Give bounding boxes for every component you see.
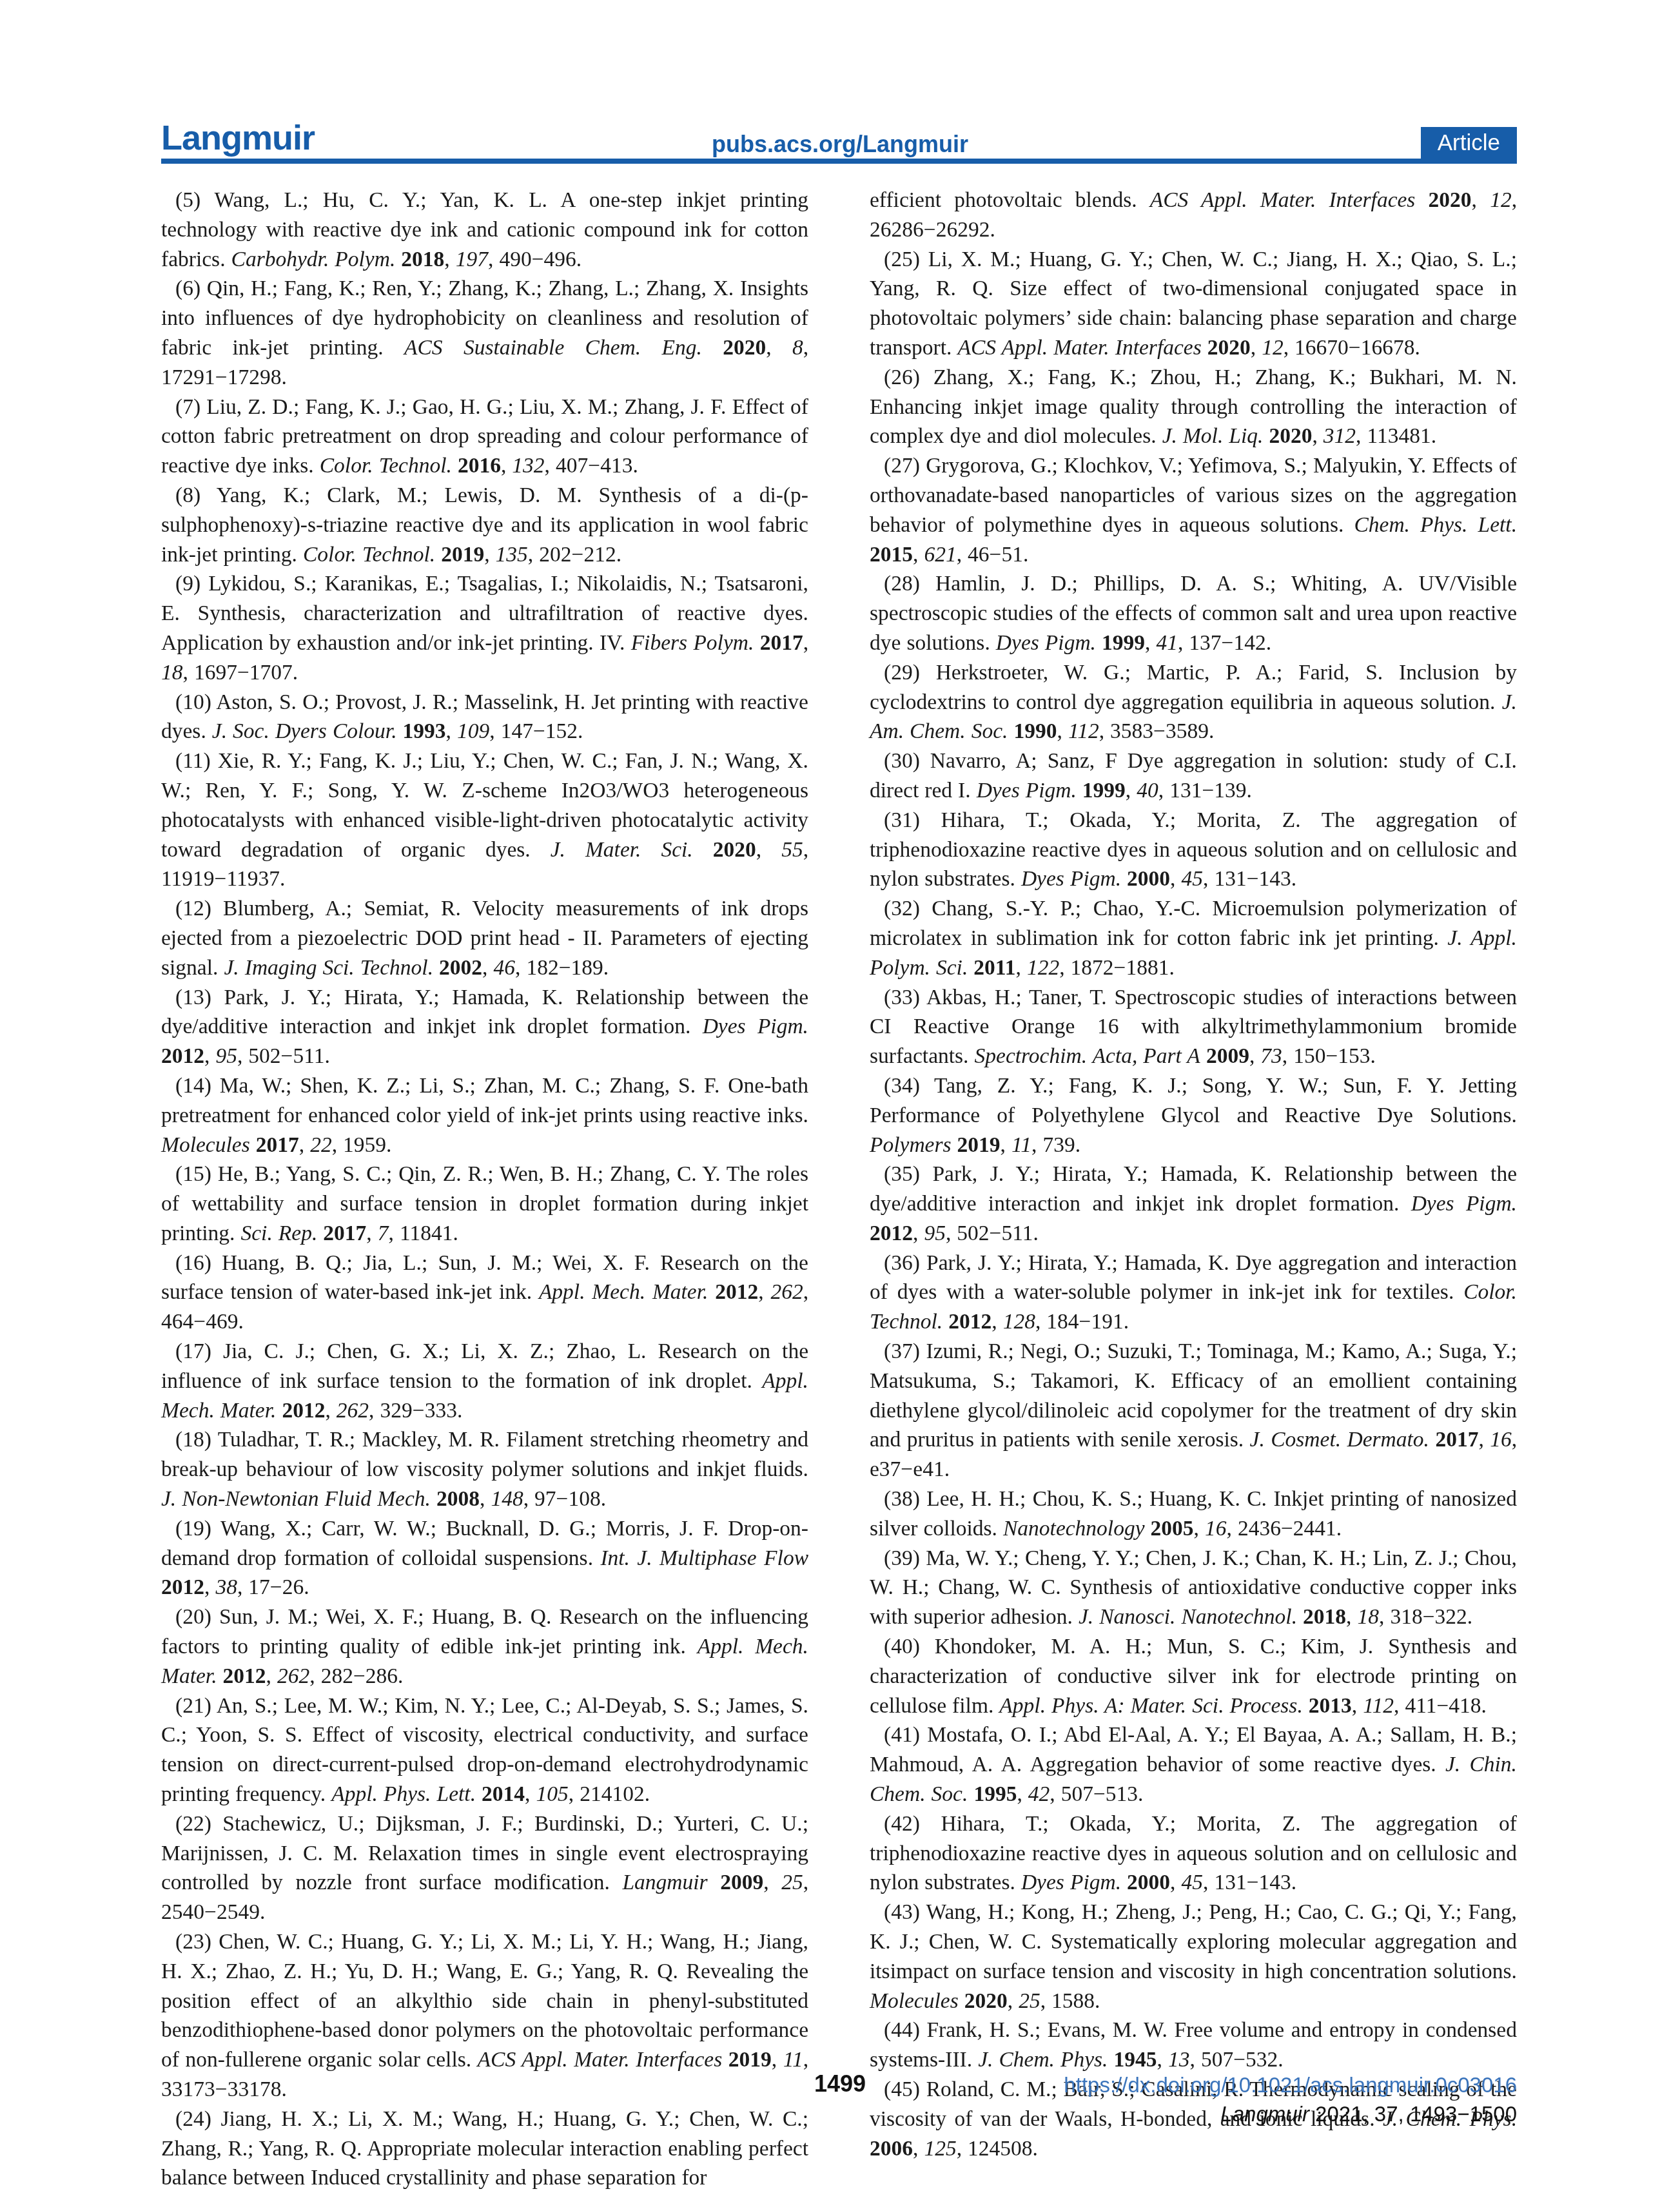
bold-text: 2012: [161, 1044, 204, 1068]
bold-text: 2012: [870, 1221, 913, 1245]
plain-text: , 11841.: [389, 1221, 458, 1245]
plain-text: ,: [1352, 1694, 1363, 1718]
plain-text: (29) Herkstroeter, W. G.; Martic, P. A.;…: [870, 661, 1517, 714]
bold-text: 2015: [870, 543, 913, 567]
italic-text: 132: [512, 454, 544, 478]
plain-text: ,: [484, 543, 495, 567]
plain-text: [1429, 1428, 1435, 1452]
italic-text: Nanotechnology: [1003, 1517, 1145, 1541]
reference: (21) An, S.; Lee, M. W.; Kim, N. Y.; Lee…: [161, 1691, 808, 1809]
bold-text: 2020: [1269, 424, 1312, 448]
reference: (30) Navarro, A; Sanz, F Dye aggregation…: [870, 746, 1517, 806]
plain-text: (43) Wang, H.; Kong, H.; Zheng, J.; Peng…: [870, 1900, 1517, 1983]
bold-text: 1993: [403, 719, 446, 743]
plain-text: , 131−143.: [1203, 867, 1296, 891]
italic-text: Dyes Pigm.: [1411, 1192, 1517, 1216]
plain-text: ,: [299, 1133, 310, 1157]
reference: (40) Khondoker, M. A. H.; Mun, S. C.; Ki…: [870, 1632, 1517, 1720]
italic-text: 16: [1205, 1517, 1227, 1541]
reference: (44) Frank, H. S.; Evans, M. W. Free vol…: [870, 2016, 1517, 2075]
italic-text: 109: [457, 719, 489, 743]
reference: (38) Lee, H. H.; Chou, K. S.; Huang, K. …: [870, 1484, 1517, 1544]
italic-text: 95: [215, 1044, 237, 1068]
plain-text: [317, 1221, 323, 1245]
bold-text: 2020: [964, 1989, 1008, 2013]
italic-text: 11: [783, 2048, 803, 2072]
plain-text: [943, 1310, 948, 1334]
bold-text: 2012: [161, 1575, 204, 1599]
plain-text: (34) Tang, Z. Y.; Fang, K. J.; Song, Y. …: [870, 1074, 1517, 1127]
references-columns: (5) Wang, L.; Hu, C. Y.; Yan, K. L. A on…: [161, 186, 1517, 2193]
italic-text: 13: [1168, 2048, 1190, 2072]
italic-text: Molecules: [870, 1989, 959, 2013]
italic-text: 42: [1028, 1782, 1050, 1806]
bold-text: 2019: [957, 1133, 1001, 1157]
plain-text: ,: [1008, 1989, 1019, 2013]
bold-text: 1945: [1114, 2048, 1157, 2072]
italic-text: 128: [1003, 1310, 1035, 1334]
plain-text: [968, 956, 973, 980]
reference: (13) Park, J. Y.; Hirata, Y.; Hamada, K.…: [161, 983, 808, 1071]
plain-text: , 150−153.: [1282, 1044, 1376, 1068]
plain-text: [1297, 1605, 1303, 1629]
plain-text: , 507−532.: [1189, 2048, 1283, 2072]
plain-text: ,: [1194, 1517, 1205, 1541]
italic-text: Sci. Rep.: [241, 1221, 318, 1245]
italic-text: Appl. Phys. Lett.: [331, 1782, 476, 1806]
plain-text: ,: [1016, 956, 1027, 980]
reference: (43) Wang, H.; Kong, H.; Zheng, J.; Peng…: [870, 1898, 1517, 2016]
plain-text: [1108, 2048, 1114, 2072]
italic-text: 12: [1490, 188, 1512, 212]
plain-text: ,: [772, 2048, 783, 2072]
bold-text: 2019: [728, 2048, 772, 2072]
plain-text: ,: [1001, 1133, 1011, 1157]
plain-text: ,: [913, 1221, 924, 1245]
plain-text: , 182−189.: [515, 956, 609, 980]
bold-text: 2020: [1207, 336, 1251, 360]
bold-text: 1999: [1102, 631, 1145, 655]
bold-text: 2020: [713, 838, 756, 862]
plain-text: [693, 838, 713, 862]
plain-text: ,: [1017, 1782, 1028, 1806]
plain-text: [1200, 1044, 1206, 1068]
reference: (14) Ma, W.; Shen, K. Z.; Li, S.; Zhan, …: [161, 1071, 808, 1160]
italic-text: 105: [536, 1782, 569, 1806]
plain-text: (17) Jia, C. J.; Chen, G. X.; Li, X. Z.;…: [161, 1339, 808, 1393]
italic-text: 112: [1068, 719, 1099, 743]
reference: (22) Stachewicz, U.; Dijksman, J. F.; Bu…: [161, 1809, 808, 1927]
plain-text: ,: [1145, 631, 1156, 655]
italic-text: 18: [1358, 1605, 1380, 1629]
plain-text: (14) Ma, W.; Shen, K. Z.; Li, S.; Zhan, …: [161, 1074, 808, 1127]
plain-text: ,: [1312, 424, 1323, 448]
bold-text: 2012: [223, 1664, 266, 1688]
plain-text: [433, 956, 439, 980]
plain-text: (36) Park, J. Y.; Hirata, Y.; Hamada, K.…: [870, 1251, 1517, 1305]
plain-text: ,: [480, 1487, 491, 1511]
plain-text: [1303, 1694, 1309, 1718]
plain-text: [1121, 867, 1127, 891]
plain-text: , 502−511.: [946, 1221, 1039, 1245]
plain-text: [435, 543, 441, 567]
italic-text: ACS Appl. Mater. Interfaces: [1150, 188, 1416, 212]
italic-text: 8: [792, 336, 803, 360]
plain-text: (41) Mostafa, O. I.; Abd El-Aal, A. Y.; …: [870, 1723, 1517, 1776]
italic-text: J. Mater. Sci.: [551, 838, 693, 862]
plain-text: ,: [204, 1575, 215, 1599]
bold-text: 2005: [1151, 1517, 1194, 1541]
plain-text: , 46−51.: [957, 543, 1029, 567]
plain-text: ,: [991, 1310, 1002, 1334]
italic-text: Langmuir: [622, 1871, 707, 1894]
plain-text: , 1959.: [332, 1133, 392, 1157]
italic-text: 40: [1137, 779, 1158, 802]
plain-text: , 1872−1881.: [1059, 956, 1175, 980]
journal-page: Langmuir pubs.acs.org/Langmuir Article (…: [0, 0, 1680, 2198]
reference: (36) Park, J. Y.; Hirata, Y.; Hamada, K.…: [870, 1249, 1517, 1337]
plain-text: ,: [766, 336, 792, 360]
italic-text: 16: [1490, 1428, 1512, 1452]
plain-text: , 124508.: [957, 2137, 1038, 2161]
bold-text: 2017: [256, 1133, 299, 1157]
bold-text: 2016: [458, 454, 501, 478]
plain-text: ,: [446, 719, 457, 743]
plain-text: ,: [1249, 1044, 1260, 1068]
plain-text: ,: [325, 1399, 336, 1423]
italic-text: Carbohydr. Polym.: [231, 248, 396, 271]
italic-text: Fibers Polym.: [631, 631, 754, 655]
plain-text: ,: [803, 631, 808, 655]
italic-text: Spectrochim. Acta, Part A: [975, 1044, 1200, 1068]
reference: (31) Hihara, T.; Okada, Y.; Morita, Z. T…: [870, 806, 1517, 894]
plain-text: ,: [482, 956, 493, 980]
italic-text: 73: [1260, 1044, 1282, 1068]
bold-text: 2011: [973, 956, 1015, 980]
plain-text: , 502−511.: [237, 1044, 330, 1068]
italic-text: J. Mol. Liq.: [1162, 424, 1264, 448]
reference: (19) Wang, X.; Carr, W. W.; Bucknall, D.…: [161, 1514, 808, 1602]
italic-text: 22: [310, 1133, 332, 1157]
italic-text: Dyes Pigm.: [703, 1015, 808, 1038]
plain-text: , 202−212.: [528, 543, 621, 567]
italic-text: Polymers: [870, 1133, 952, 1157]
reference: (9) Lykidou, S.; Karanikas, E.; Tsagalia…: [161, 569, 808, 687]
bold-text: 2020: [723, 336, 766, 360]
doi-link[interactable]: https://dx.doi.org/10.1021/acs.langmuir.…: [1064, 2070, 1517, 2099]
italic-text: 197: [456, 248, 488, 271]
bold-text: 2017: [760, 631, 803, 655]
bold-text: 2014: [482, 1782, 525, 1806]
plain-text: 2021, 37, 1493−1500: [1309, 2102, 1517, 2126]
italic-text: J. Cosmet. Dermato.: [1250, 1428, 1429, 1452]
italic-text: Molecules: [161, 1133, 250, 1157]
plain-text: ,: [1251, 336, 1262, 360]
reference: (12) Blumberg, A.; Semiat, R. Velocity m…: [161, 894, 808, 982]
italic-text: 18: [161, 661, 183, 685]
italic-text: 122: [1027, 956, 1059, 980]
italic-text: 125: [924, 2137, 956, 2161]
plain-text: [754, 631, 759, 655]
reference: (42) Hihara, T.; Okada, Y.; Morita, Z. T…: [870, 1809, 1517, 1898]
plain-text: , 282−286.: [309, 1664, 403, 1688]
bold-text: 2017: [323, 1221, 366, 1245]
plain-text: [959, 1989, 964, 2013]
plain-text: (18) Tuladhar, T. R.; Mackley, M. R. Fil…: [161, 1428, 808, 1481]
reference-continuation: efficient photovoltaic blends. ACS Appl.…: [870, 186, 1517, 245]
plain-text: ,: [1157, 2048, 1168, 2072]
reference: (34) Tang, Z. Y.; Fang, K. J.; Song, Y. …: [870, 1071, 1517, 1160]
italic-text: Color. Technol.: [303, 543, 435, 567]
italic-text: Dyes Pigm.: [996, 631, 1096, 655]
plain-text: , 17−26.: [237, 1575, 309, 1599]
italic-text: 25: [781, 1871, 803, 1894]
plain-text: efficient photovoltaic blends.: [870, 188, 1150, 212]
reference: (15) He, B.; Yang, S. C.; Qin, Z. R.; We…: [161, 1160, 808, 1248]
reference: (26) Zhang, X.; Fang, K.; Zhou, H.; Zhan…: [870, 363, 1517, 451]
bold-text: 2008: [436, 1487, 480, 1511]
plain-text: (32) Chang, S.-Y. P.; Chao, Y.-C. Microe…: [870, 897, 1517, 950]
italic-text: Langmuir: [1220, 2102, 1309, 2126]
plain-text: ,: [1057, 719, 1068, 743]
plain-text: , 214102.: [569, 1782, 650, 1806]
italic-text: 262: [337, 1399, 369, 1423]
plain-text: , 411−418.: [1394, 1694, 1487, 1718]
bold-text: 2018: [1303, 1605, 1346, 1629]
plain-text: [250, 1133, 256, 1157]
reference: (11) Xie, R. Y.; Fang, K. J.; Liu, Y.; C…: [161, 746, 808, 894]
plain-text: ,: [204, 1044, 215, 1068]
italic-text: 95: [924, 1221, 946, 1245]
journal-citation: Langmuir 2021, 37, 1493−1500: [1064, 2099, 1517, 2128]
reference: (16) Huang, B. Q.; Jia, L.; Sun, J. M.; …: [161, 1249, 808, 1337]
plain-text: , 1697−1707.: [183, 661, 298, 685]
bold-text: 2012: [715, 1280, 758, 1304]
italic-text: J. Soc. Dyers Colour.: [212, 719, 397, 743]
plain-text: [702, 336, 723, 360]
plain-text: , 507−513.: [1050, 1782, 1143, 1806]
bold-text: 2020: [1429, 188, 1472, 212]
plain-text: , 490−496.: [488, 248, 581, 271]
italic-text: 135: [496, 543, 528, 567]
italic-text: 45: [1181, 1871, 1203, 1894]
reference: (41) Mostafa, O. I.; Abd El-Aal, A. Y.; …: [870, 1720, 1517, 1809]
plain-text: , 3583−3589.: [1099, 719, 1215, 743]
italic-text: 55: [781, 838, 803, 862]
reference: (7) Liu, Z. D.; Fang, K. J.; Gao, H. G.;…: [161, 393, 808, 481]
plain-text: [722, 2048, 728, 2072]
plain-text: ,: [1170, 867, 1181, 891]
references-column-right: efficient photovoltaic blends. ACS Appl.…: [870, 186, 1517, 2193]
plain-text: , 131−139.: [1158, 779, 1252, 802]
plain-text: ,: [444, 248, 455, 271]
bold-text: 2006: [870, 2137, 913, 2161]
plain-text: [395, 248, 401, 271]
article-type-badge: Article: [1421, 127, 1517, 159]
plain-text: [431, 1487, 436, 1511]
italic-text: Color. Technol.: [320, 454, 452, 478]
italic-text: Appl. Phys. A: Mater. Sci. Process.: [999, 1694, 1302, 1718]
bold-text: 2009: [1206, 1044, 1249, 1068]
bold-text: 1990: [1013, 719, 1057, 743]
reference: (6) Qin, H.; Fang, K.; Ren, Y.; Zhang, K…: [161, 274, 808, 392]
italic-text: 621: [924, 543, 956, 567]
plain-text: ,: [758, 1280, 770, 1304]
reference: (20) Sun, J. M.; Wei, X. F.; Huang, B. Q…: [161, 1602, 808, 1691]
plain-text: ,: [756, 838, 781, 862]
reference: (33) Akbas, H.; Taner, T. Spectroscopic …: [870, 983, 1517, 1071]
bold-text: 2000: [1127, 1871, 1170, 1894]
plain-text: [452, 454, 458, 478]
bold-text: 2000: [1127, 867, 1170, 891]
reference: (5) Wang, L.; Hu, C. Y.; Yan, K. L. A on…: [161, 186, 808, 274]
plain-text: [217, 1664, 223, 1688]
plain-text: [1415, 188, 1428, 212]
italic-text: 38: [215, 1575, 237, 1599]
plain-text: , 113481.: [1356, 424, 1436, 448]
plain-text: , 97−108.: [523, 1487, 606, 1511]
italic-text: Int. J. Multiphase Flow: [600, 1546, 808, 1570]
header-rule: [161, 159, 1517, 164]
italic-text: 12: [1262, 336, 1284, 360]
italic-text: ACS Appl. Mater. Interfaces: [958, 336, 1202, 360]
doi-block: https://dx.doi.org/10.1021/acs.langmuir.…: [1064, 2070, 1517, 2128]
plain-text: [952, 1133, 957, 1157]
italic-text: J. Chem. Phys.: [978, 2048, 1108, 2072]
plain-text: [1202, 336, 1207, 360]
plain-text: ,: [1472, 188, 1490, 212]
italic-text: Chem. Phys. Lett.: [1354, 513, 1517, 537]
plain-text: ,: [763, 1871, 781, 1894]
plain-text: ,: [1170, 1871, 1181, 1894]
plain-text: [1096, 631, 1102, 655]
plain-text: ,: [913, 2137, 924, 2161]
plain-text: ,: [366, 1221, 377, 1245]
plain-text: , 2436−2441.: [1227, 1517, 1342, 1541]
bold-text: 2013: [1309, 1694, 1352, 1718]
reference: (25) Li, X. M.; Huang, G. Y.; Chen, W. C…: [870, 245, 1517, 363]
plain-text: ,: [1478, 1428, 1490, 1452]
italic-text: 312: [1323, 424, 1356, 448]
plain-text: , 329−333.: [369, 1399, 462, 1423]
bold-text: 2012: [282, 1399, 325, 1423]
plain-text: , 16670−16678.: [1284, 336, 1420, 360]
plain-text: , 184−191.: [1035, 1310, 1129, 1334]
italic-text: 262: [277, 1664, 309, 1688]
reference: (29) Herkstroeter, W. G.; Martic, P. A.;…: [870, 658, 1517, 746]
italic-text: 148: [491, 1487, 523, 1511]
italic-text: ACS Sustainable Chem. Eng.: [404, 336, 702, 360]
plain-text: [1145, 1517, 1151, 1541]
reference: (37) Izumi, R.; Negi, O.; Suzuki, T.; To…: [870, 1337, 1517, 1484]
plain-text: , 147−152.: [489, 719, 583, 743]
bold-text: 1995: [973, 1782, 1017, 1806]
plain-text: , 739.: [1031, 1133, 1080, 1157]
plain-text: , 407−413.: [545, 454, 638, 478]
plain-text: [1121, 1871, 1127, 1894]
plain-text: , 137−142.: [1178, 631, 1271, 655]
italic-text: 262: [770, 1280, 803, 1304]
italic-text: Dyes Pigm.: [1021, 1871, 1121, 1894]
plain-text: (24) Jiang, H. X.; Li, X. M.; Wang, H.; …: [161, 2107, 808, 2190]
italic-text: 112: [1363, 1694, 1394, 1718]
italic-text: 46: [493, 956, 515, 980]
italic-text: 7: [378, 1221, 389, 1245]
plain-text: [708, 1871, 721, 1894]
plain-text: [1077, 779, 1082, 802]
bold-text: 2017: [1435, 1428, 1478, 1452]
plain-text: ,: [501, 454, 512, 478]
plain-text: [476, 1782, 482, 1806]
reference: (24) Jiang, H. X.; Li, X. M.; Wang, H.; …: [161, 2105, 808, 2193]
plain-text: , 131−143.: [1203, 1871, 1296, 1894]
plain-text: , 318−322.: [1379, 1605, 1472, 1629]
plain-text: , 1588.: [1040, 1989, 1100, 2013]
italic-text: J. Imaging Sci. Technol.: [224, 956, 433, 980]
plain-text: ,: [1346, 1605, 1357, 1629]
italic-text: Dyes Pigm.: [1021, 867, 1121, 891]
plain-text: [397, 719, 403, 743]
plain-text: ,: [525, 1782, 536, 1806]
italic-text: Dyes Pigm.: [977, 779, 1077, 802]
italic-text: ACS Appl. Mater. Interfaces: [478, 2048, 723, 2072]
bold-text: 1999: [1082, 779, 1126, 802]
reference: (8) Yang, K.; Clark, M.; Lewis, D. M. Sy…: [161, 481, 808, 569]
reference: (10) Aston, S. O.; Provost, J. R.; Masse…: [161, 688, 808, 747]
reference: (28) Hamlin, J. D.; Phillips, D. A. S.; …: [870, 569, 1517, 657]
bold-text: 2009: [720, 1871, 763, 1894]
plain-text: ,: [913, 543, 924, 567]
italic-text: 45: [1181, 867, 1203, 891]
reference: (39) Ma, W. Y.; Cheng, Y. Y.; Chen, J. K…: [870, 1544, 1517, 1632]
italic-text: 25: [1019, 1989, 1040, 2013]
reference: (27) Grygorova, G.; Klochkov, V.; Yefimo…: [870, 451, 1517, 569]
plain-text: ,: [266, 1664, 277, 1688]
italic-text: Appl. Mech. Mater.: [539, 1280, 708, 1304]
bold-text: 2002: [439, 956, 482, 980]
references-column-left: (5) Wang, L.; Hu, C. Y.; Yan, K. L. A on…: [161, 186, 808, 2193]
italic-text: 11: [1011, 1133, 1031, 1157]
plain-text: [708, 1280, 715, 1304]
reference: (35) Park, J. Y.; Hirata, Y.; Hamada, K.…: [870, 1160, 1517, 1248]
plain-text: ,: [1126, 779, 1137, 802]
bold-text: 2012: [948, 1310, 991, 1334]
italic-text: 41: [1156, 631, 1178, 655]
bold-text: 2018: [401, 248, 444, 271]
italic-text: J. Non-Newtonian Fluid Mech.: [161, 1487, 431, 1511]
reference: (32) Chang, S.-Y. P.; Chao, Y.-C. Microe…: [870, 894, 1517, 982]
reference: (17) Jia, C. J.; Chen, G. X.; Li, X. Z.;…: [161, 1337, 808, 1425]
italic-text: J. Nanosci. Nanotechnol.: [1079, 1605, 1297, 1629]
bold-text: 2019: [441, 543, 484, 567]
reference: (18) Tuladhar, T. R.; Mackley, M. R. Fil…: [161, 1425, 808, 1513]
